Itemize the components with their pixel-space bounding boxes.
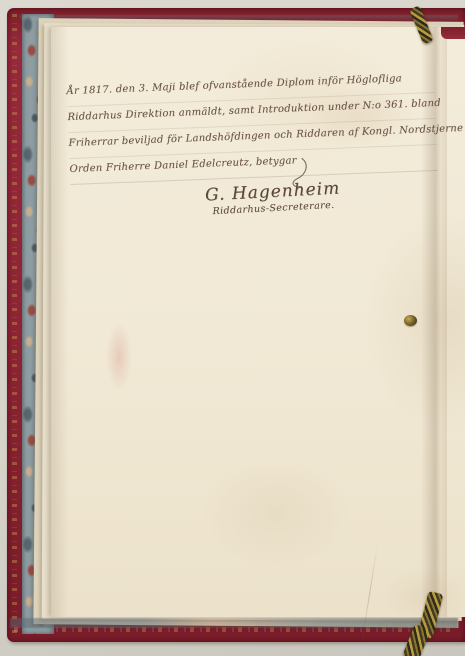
cover-right-corner	[441, 27, 465, 39]
page-stain	[106, 322, 132, 392]
bottom-band-marble	[10, 618, 458, 628]
page-gutter-shadow	[51, 27, 69, 617]
gold-tooling-left	[12, 14, 17, 634]
page-stain	[201, 457, 351, 567]
binding-cord-knot	[404, 315, 417, 326]
handwritten-note: År 1817. den 3. Maji blef ofvanstående D…	[66, 67, 438, 185]
scanned-book-page: År 1817. den 3. Maji blef ofvanstående D…	[0, 0, 465, 656]
signature-flourish	[284, 156, 312, 191]
